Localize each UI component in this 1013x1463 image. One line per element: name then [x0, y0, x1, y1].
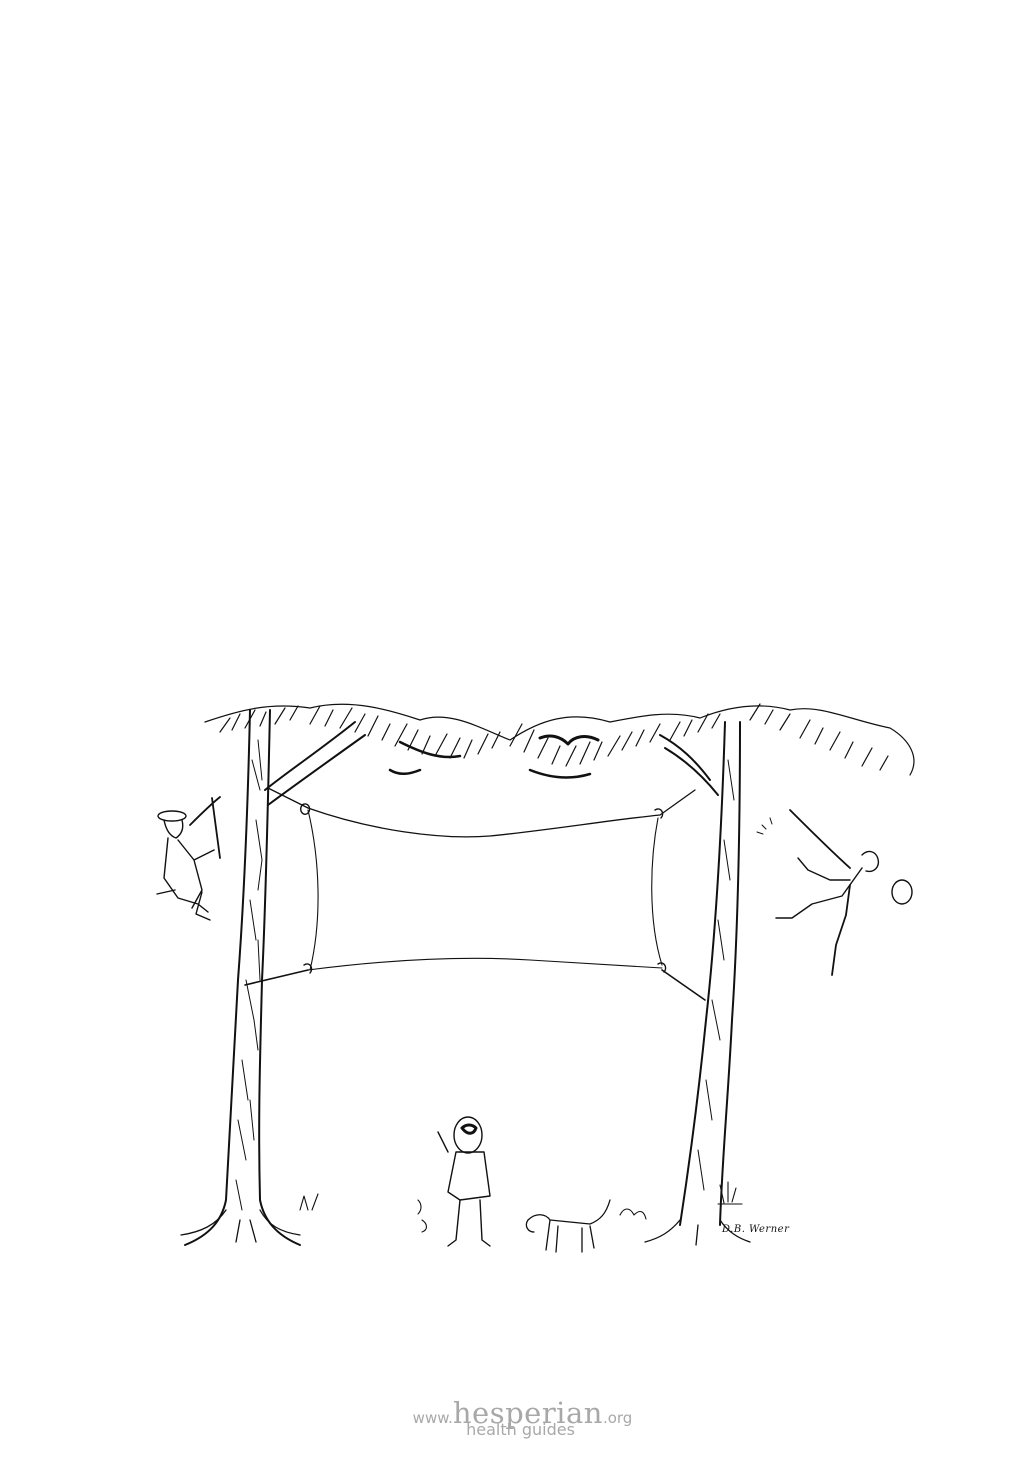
child-figure [438, 1117, 490, 1246]
dog-figure [526, 1200, 610, 1252]
document-page: D.B. Werner www.hesperian.org health gui… [0, 0, 1013, 1463]
footer-watermark: www.hesperian.org health guides [0, 1396, 1013, 1439]
left-climber [157, 797, 220, 920]
rope-net [245, 788, 705, 1000]
artist-signature: D.B. Werner [722, 1224, 789, 1235]
tree-canopy [205, 704, 914, 777]
falling-hat [892, 880, 912, 904]
footer-tagline: health guides [14, 1420, 1013, 1439]
right-tree [645, 722, 750, 1245]
net-between-trees-illustration [150, 680, 950, 1280]
right-climber [757, 810, 912, 975]
